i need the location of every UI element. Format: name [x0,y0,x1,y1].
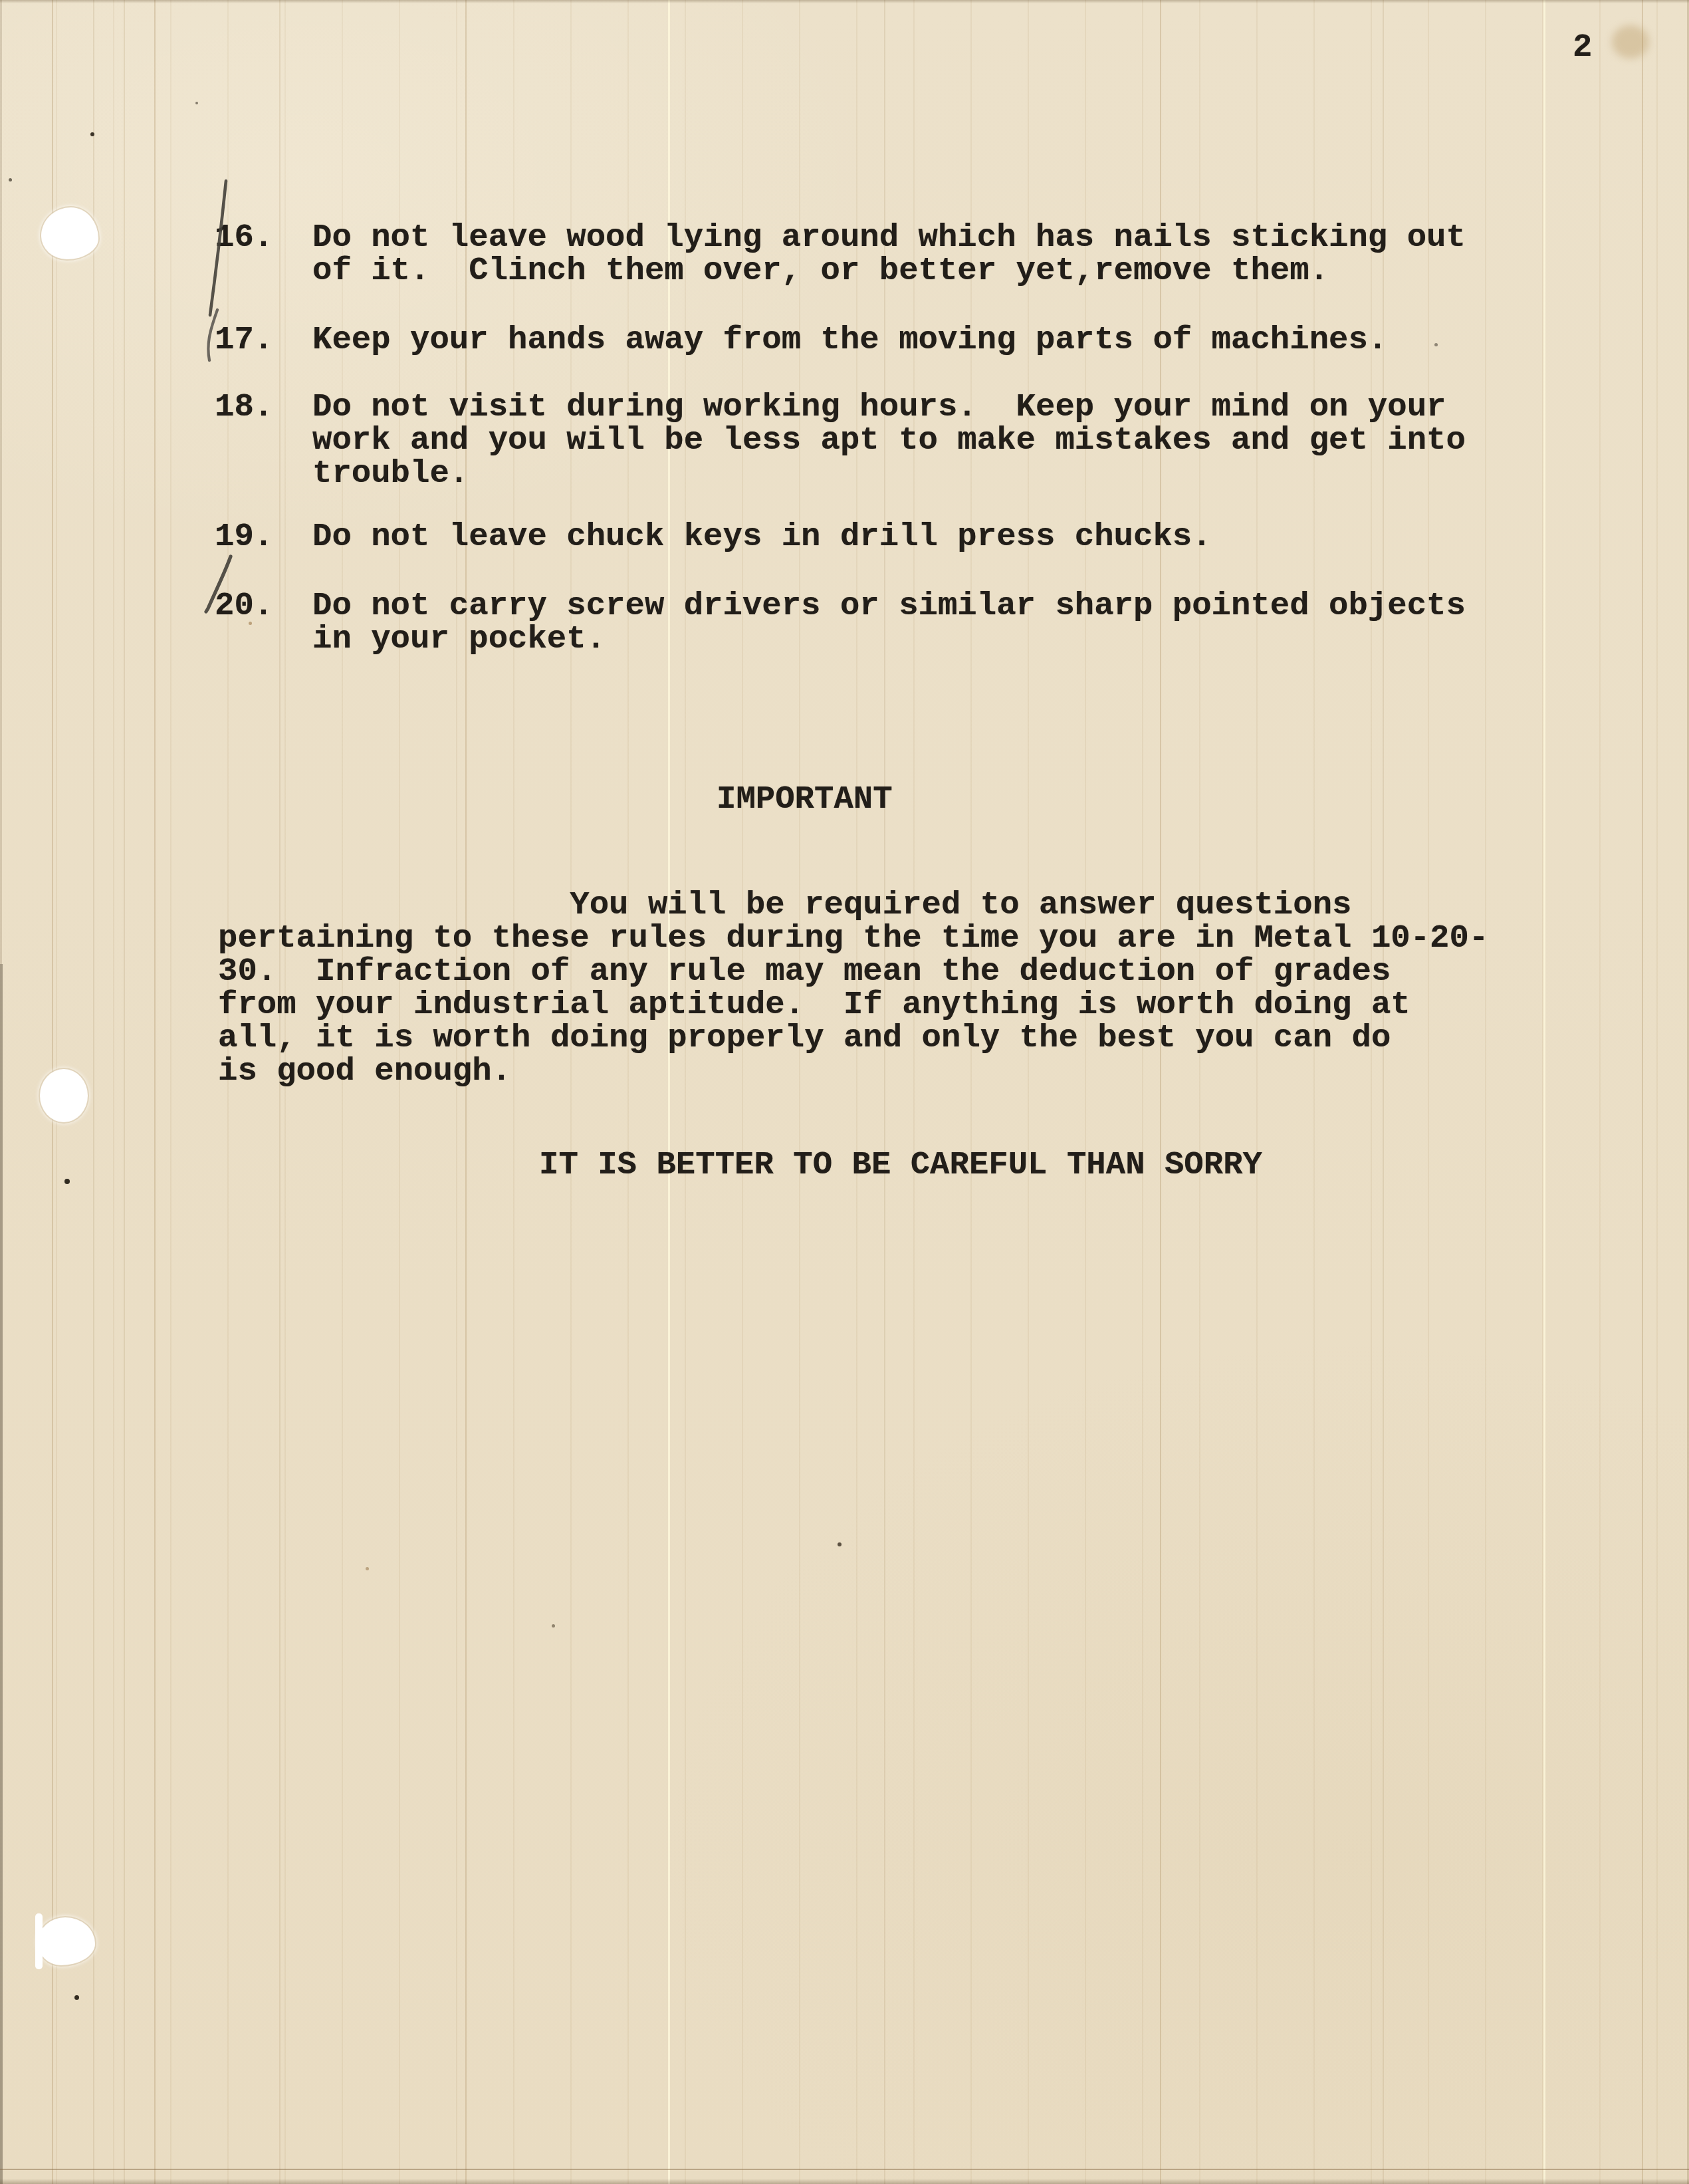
rule-number: 17. [215,323,273,356]
dust-speck [9,178,12,182]
rule-number: 20. [215,589,273,622]
dust-speck [1434,343,1438,346]
paper-crease-line [279,0,281,2184]
page-bottom-crease [0,2169,1689,2170]
page-left-edge [0,964,3,2184]
rule-number: 19. [215,520,273,553]
paper-crease-line [93,0,94,2184]
dust-speck [366,1567,369,1570]
paper-crease-line [1543,0,1545,2184]
dust-speck [195,102,198,104]
paper-crease-line [1642,0,1643,2184]
punch-hole [38,1917,95,1965]
page-number: 2 [1573,31,1592,64]
dust-speck [838,1542,842,1546]
page-bottom-edge [0,2179,1689,2184]
rule-text: Do not carry screw drivers or similar sh… [312,589,1466,656]
important-heading: IMPORTANT [717,783,893,816]
scanned-document-page: 2 16. Do not leave wood lying around whi… [0,0,1689,2184]
punch-hole-tear [35,1913,43,1969]
dust-speck [249,622,252,625]
page-left-edge [0,0,2,964]
dust-speck [64,1179,70,1184]
dust-speck [90,132,94,136]
punch-hole [40,1069,88,1122]
page-top-edge [0,0,1689,3]
rule-number: 18. [215,390,273,424]
paper-stain [1612,25,1649,59]
rule-text: Do not leave chuck keys in drill press c… [312,520,1212,553]
rule-number: 16. [215,221,273,254]
rule-text: Do not leave wood lying around which has… [312,221,1466,287]
rule-text: Do not visit during working hours. Keep … [312,390,1466,490]
rule-text: Keep your hands away from the moving par… [312,323,1387,356]
dust-speck [552,1624,555,1628]
punch-hole [41,207,98,259]
paper-crease-line [154,0,156,2184]
paper-crease-line [124,0,125,2184]
important-paragraph: You will be required to answer questions… [218,888,1488,1088]
dust-speck [74,1995,79,2000]
motto-line: IT IS BETTER TO BE CAREFUL THAN SORRY [539,1148,1262,1181]
